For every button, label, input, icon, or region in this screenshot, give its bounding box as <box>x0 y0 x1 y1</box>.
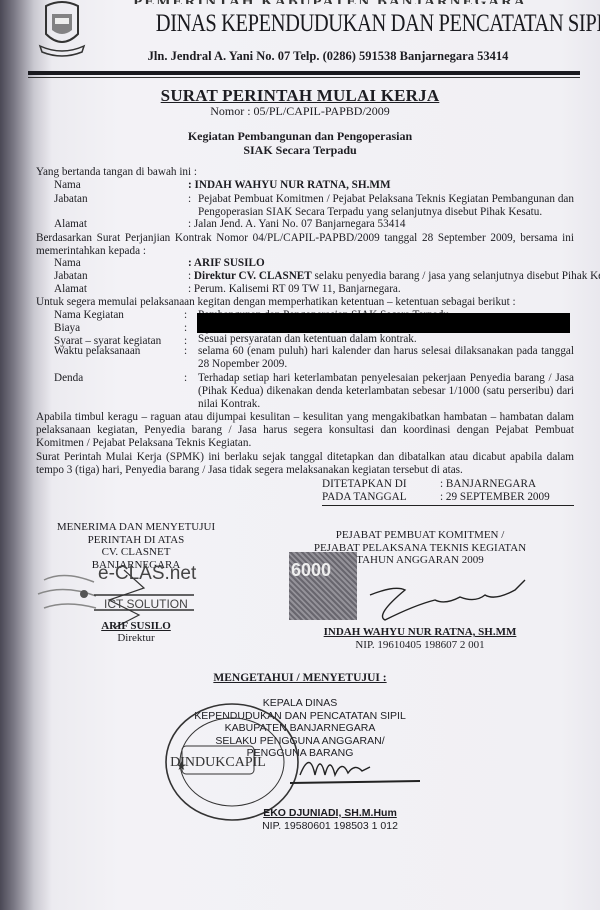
redaction-bar <box>197 313 570 333</box>
activity-line-2: SIAK Secara Terpadu <box>100 143 500 157</box>
term-label: Waktu pelaksanaan <box>54 345 140 358</box>
second-party-address: : Perum. Kalisemi RT 09 TW 11, Banjarneg… <box>188 283 401 296</box>
company-stamp-tagline: ICT SOLUTION <box>104 597 188 611</box>
first-party-name: : INDAH WAHYU NUR RATNA, SH.MM <box>188 179 391 192</box>
first-party-intro: Yang bertanda tangan di bawah ini : <box>36 166 197 179</box>
issuance-place-label: DITETAPKAN DI <box>322 478 440 491</box>
regency-crest-icon <box>36 0 88 60</box>
head-signature-icon <box>290 745 430 790</box>
field-label: Jabatan <box>54 270 88 283</box>
order-intro: Untuk segera memulai pelaksanaan kegitan… <box>36 296 516 309</box>
document-page: PEMERINTAH KABUPATEN BANJARNEGARA DINAS … <box>0 0 600 910</box>
approval-heading: MENGETAHUI / MENYETUJUI : <box>180 672 420 685</box>
company-stamp-logo-text: e-CLAS.net <box>98 563 196 585</box>
activity-line-1: Kegiatan Pembangunan dan Pengoperasian <box>100 129 500 143</box>
official-line-1: PEJABAT PEMBUAT KOMITMEN / <box>300 529 540 542</box>
first-party-address: : Jalan Jend. A. Yani No. 07 Banjarnegar… <box>188 218 406 231</box>
second-party-name: : ARIF SUSILO <box>188 257 265 270</box>
institution-name: DINAS KEPENDUDUKAN DAN PENCATATAN SIPIL <box>156 10 500 38</box>
recipient-line-2: PERINTAH DI ATAS <box>46 534 226 547</box>
svg-text:★: ★ <box>176 759 187 773</box>
field-label: Nama <box>54 179 81 192</box>
clause-validity: Surat Perintah Mulai Kerja (SPMK) ini be… <box>36 451 574 477</box>
head-nip: NIP. 19580601 198503 1 012 <box>220 820 440 833</box>
official-nip: NIP. 19610405 198607 2 001 <box>300 639 540 652</box>
field-label: Nama <box>54 257 81 270</box>
duty-stamp-icon: 6000 <box>289 552 357 620</box>
issuance-date-value: : 29 SEPTEMBER 2009 <box>440 491 550 504</box>
term-duration: selama 60 (enam puluh) hari kalender dan… <box>198 345 574 371</box>
issuance-date-label: PADA TANGGAL <box>322 491 440 504</box>
clause-obstacles: Apabila timbul keragu – raguan atau diju… <box>36 411 574 451</box>
field-label: Alamat <box>54 283 87 296</box>
letterhead-divider-thin <box>28 77 580 78</box>
document-title: SURAT PERINTAH MULAI KERJA <box>100 86 500 106</box>
letterhead-divider <box>28 71 580 75</box>
head-name: EKO DJUNIADI, SH.M.Hum <box>220 807 440 820</box>
contract-basis: Berdasarkan Surat Perjanjian Kontrak Nom… <box>36 232 574 258</box>
first-party-position: Pejabat Pembuat Komitmen / Pejabat Pelak… <box>198 193 574 219</box>
duty-stamp-value: 6000 <box>291 560 331 581</box>
field-label: Jabatan <box>54 193 88 206</box>
official-name: INDAH WAHYU NUR RATNA, SH.MM <box>300 626 540 639</box>
institution-address: Jln. Jendral A. Yani No. 07 Telp. (0286)… <box>118 49 538 64</box>
government-name: PEMERINTAH KABUPATEN BANJARNEGARA <box>120 0 540 4</box>
recipient-line-1: MENERIMA DAN MENYETUJUI <box>46 521 226 534</box>
issuance-block: DITETAPKAN DI: BANJARNEGARA PADA TANGGAL… <box>322 478 574 506</box>
issuance-place-value: : BANJARNEGARA <box>440 478 536 491</box>
document-number: Nomor : 05/PL/CAPIL-PAPBD/2009 <box>100 104 500 119</box>
recipient-name: ARIF SUSILO <box>66 620 206 633</box>
recipient-line-3: CV. CLASNET <box>46 546 226 559</box>
official-signature-icon <box>365 575 535 625</box>
recipient-title: Direktur <box>66 632 206 645</box>
term-label: Nama Kegiatan <box>54 309 124 322</box>
activity-title: Kegiatan Pembangunan dan Pengoperasian S… <box>100 129 500 157</box>
field-label: Alamat <box>54 218 87 231</box>
term-label: Biaya <box>54 322 80 335</box>
term-label: Denda <box>54 372 83 385</box>
second-party-position: : Direktur CV. CLASNET selaku penyedia b… <box>188 270 600 283</box>
term-penalty: Terhadap setiap hari keterlambatan penye… <box>198 372 574 412</box>
